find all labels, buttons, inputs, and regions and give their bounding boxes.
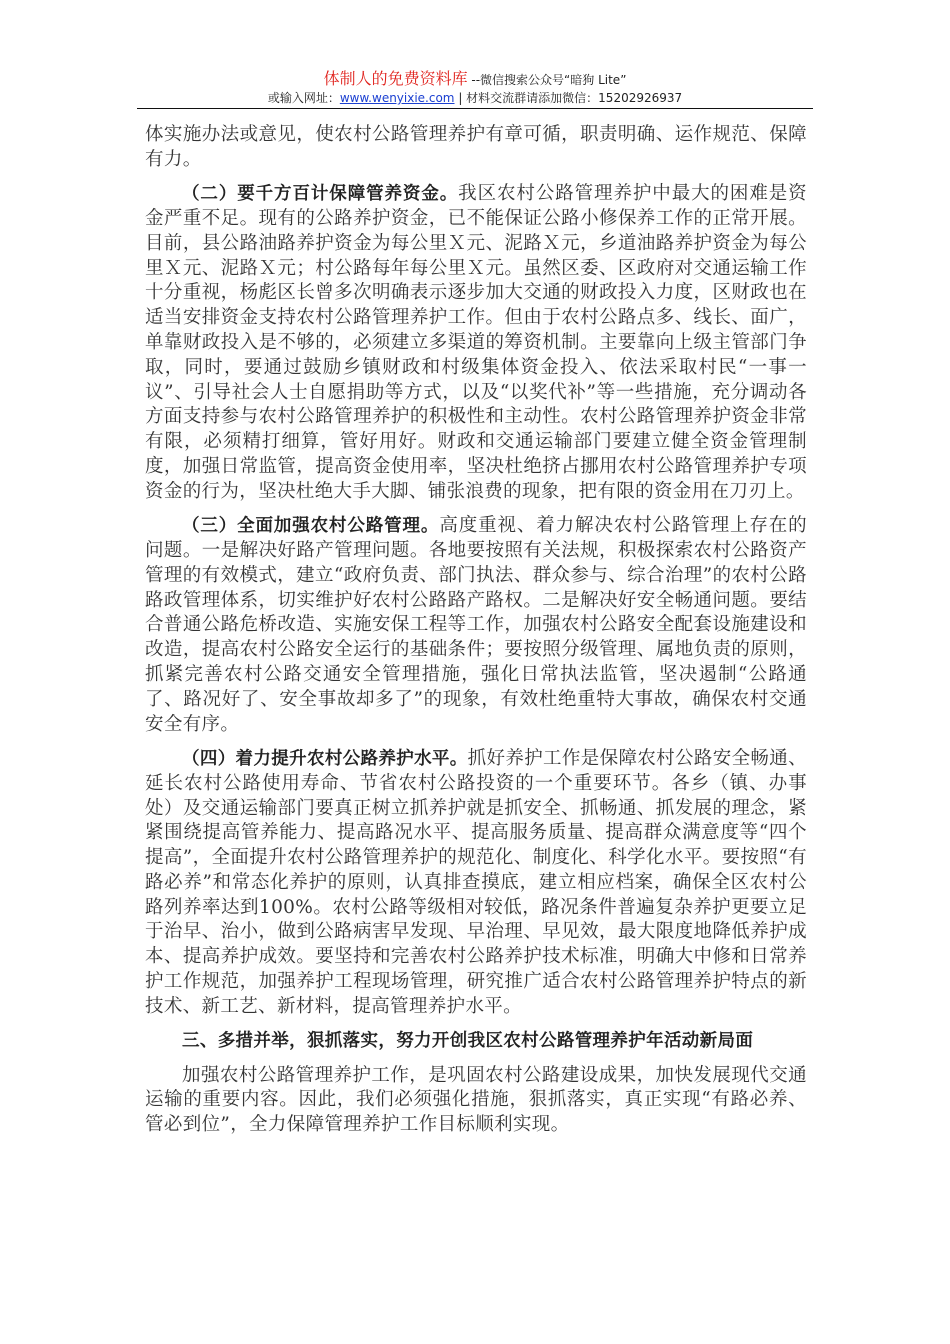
section-heading: 三、多措并举，狠抓落实，努力开创我区农村公路管理养护年活动新局面 bbox=[145, 1029, 807, 1054]
paragraph-closing: 加强农村公路管理养护工作，是巩固农村公路建设成果，加快发展现代交通运输的重要内容… bbox=[145, 1064, 807, 1138]
brand-tagline: --微信搜索公众号“暗狗 Lite” bbox=[468, 73, 627, 87]
header-brand-line: 体制人的免费资料库 --微信搜索公众号“暗狗 Lite” bbox=[137, 70, 813, 89]
paragraph-lead: （二）要千方百计保障管养资金。 bbox=[182, 184, 458, 204]
header-contact-line: 或输入网址：www.wenyixie.com | 材料交流群请添加微信：1520… bbox=[137, 89, 813, 107]
paragraph-text: 我区农村公路管理养护中最大的困难是资金严重不足。现有的公路养护资金，已不能保证公… bbox=[145, 183, 807, 502]
paragraph-maintenance: （四）着力提升农村公路养护水平。抓好养护工作是保障农村公路安全畅通、延长农村公路… bbox=[145, 747, 807, 1020]
document-body: 体实施办法或意见，使农村公路管理养护有章可循，职责明确、运作规范、保障有力。 （… bbox=[145, 123, 807, 1138]
brand-title: 体制人的免费资料库 bbox=[324, 69, 468, 88]
website-link[interactable]: www.wenyixie.com bbox=[340, 91, 455, 105]
url-prefix: 或输入网址： bbox=[268, 91, 340, 105]
paragraph-lead: （四）着力提升农村公路养护水平。 bbox=[182, 749, 468, 769]
paragraph-text: 高度重视、着力解决农村公路管理上存在的问题。一是解决好路产管理问题。各地要按照有… bbox=[145, 515, 807, 734]
contact-info: | 材料交流群请添加微信：15202926937 bbox=[455, 91, 683, 105]
header-divider bbox=[137, 108, 813, 109]
paragraph-text: 体实施办法或意见，使农村公路管理养护有章可循，职责明确、运作规范、保障有力。 bbox=[145, 124, 807, 170]
paragraph-continuation: 体实施办法或意见，使农村公路管理养护有章可循，职责明确、运作规范、保障有力。 bbox=[145, 123, 807, 173]
paragraph-funding: （二）要千方百计保障管养资金。我区农村公路管理养护中最大的困难是资金严重不足。现… bbox=[145, 182, 807, 504]
page-header: 体制人的免费资料库 --微信搜索公众号“暗狗 Lite” 或输入网址：www.w… bbox=[137, 70, 813, 107]
paragraph-management: （三）全面加强农村公路管理。高度重视、着力解决农村公路管理上存在的问题。一是解决… bbox=[145, 514, 807, 737]
paragraph-lead: （三）全面加强农村公路管理。 bbox=[182, 516, 439, 536]
paragraph-text: 抓好养护工作是保障农村公路安全畅通、延长农村公路使用寿命、节省农村公路投资的一个… bbox=[145, 748, 807, 1017]
